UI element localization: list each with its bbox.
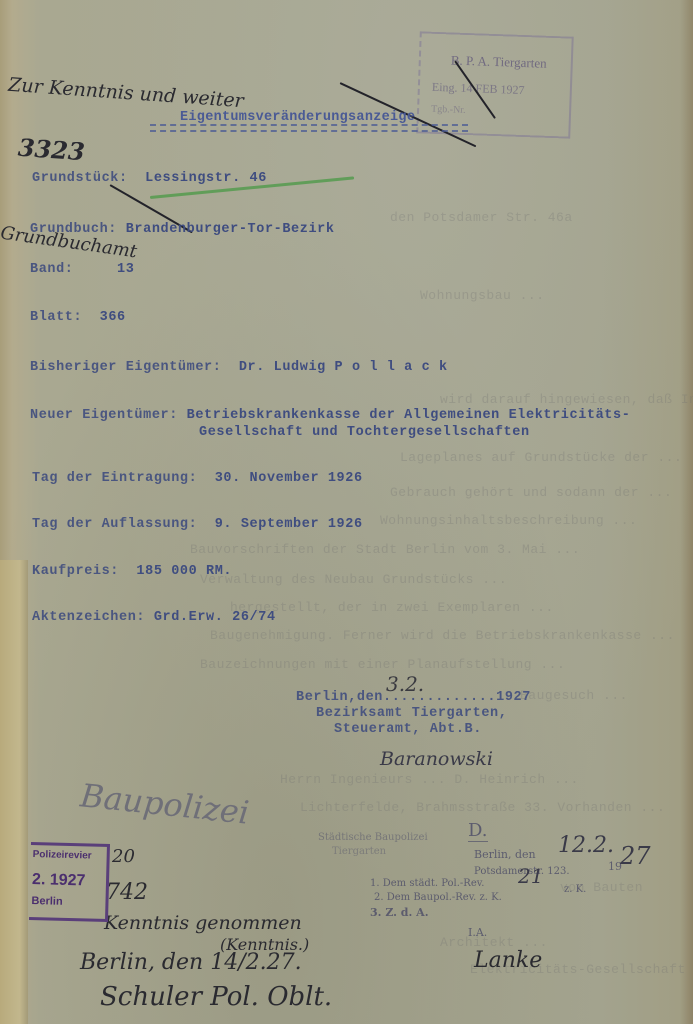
show-through-line: Verwaltung des Neubau Grundstücks ...	[200, 572, 507, 587]
stamp-date-hand: 12.2.	[558, 833, 614, 858]
field-value: Grd.Erw. 26/74	[154, 610, 276, 625]
field-label: Aktenzeichen:	[32, 610, 145, 625]
field-label: Blatt:	[30, 310, 82, 325]
stamp-letter: D.	[468, 820, 488, 842]
field-label: Tag der Auflassung:	[32, 517, 197, 532]
bpa-receipt-stamp: B. P. A. Tiergarten Eing. 14 FEB 1927 Tg…	[416, 31, 573, 138]
title-underline	[150, 124, 468, 132]
field-grundstueck: Grundstück: Lessingstr. 46	[32, 171, 267, 186]
field-value: 30. November 1926	[215, 471, 363, 486]
field-value: Betriebskrankenkasse der Allgemeinen Ele…	[187, 408, 631, 423]
show-through-line: Herrn Ingenieurs ... D. Heinrich ...	[280, 772, 579, 787]
show-through-line: Baugenehmigung. Ferner wird die Betriebs…	[210, 628, 675, 643]
stamp-item-2: 2. Dem Baupol.-Rev. z. K.	[374, 892, 502, 903]
police-district-stamp: Polizeirevier 2. 1927 Berlin	[29, 842, 110, 922]
police-officer-signature: Schuler Pol. Oblt.	[100, 982, 332, 1012]
field-aktenzeichen: Aktenzeichen: Grd.Erw. 26/74	[32, 610, 276, 625]
field-value: 9. September 1926	[215, 517, 363, 532]
field-neuer-eigentuemer-line2: Gesellschaft und Tochtergesellschaften	[199, 425, 530, 440]
stamp-issuer-line2: Tiergarten	[332, 846, 386, 857]
field-label: Grundstück:	[32, 171, 128, 186]
handwritten-20: 20	[112, 846, 135, 867]
field-label: Tag der Eintragung:	[32, 471, 197, 486]
show-through-line: Bauzeichnungen mit einer Planaufstellung…	[200, 657, 565, 672]
document-title: Eigentumsveränderungsanzeige	[180, 110, 415, 125]
stamp-place: Berlin, den	[474, 848, 536, 861]
field-label: Kaufpreis:	[32, 564, 119, 579]
closing-signature: Baranowski	[380, 748, 493, 770]
closing-department: Steueramt, Abt.B.	[334, 722, 482, 737]
field-neuer-eigentuemer: Neuer Eigentümer: Betriebskrankenkasse d…	[30, 408, 630, 423]
closing-office: Bezirksamt Tiergarten,	[316, 706, 507, 721]
handwritten-kenntnis: Kenntnis genommen	[104, 912, 302, 934]
handwritten-742: 742	[106, 880, 148, 905]
field-label: Band:	[30, 262, 74, 277]
field-band: Band: 13	[30, 262, 134, 277]
field-bisheriger-eigentuemer: Bisheriger Eigentümer: Dr. Ludwig P o l …	[30, 360, 448, 375]
field-value-line2: Gesellschaft und Tochtergesellschaften	[199, 425, 530, 440]
stamp-item-1-suffix: z. K.	[564, 884, 586, 895]
pencil-note-baupolizei: Baupolizei	[78, 776, 250, 832]
field-value: Lessingstr. 46	[145, 171, 267, 186]
stamp-item-1: 1. Dem städt. Pol.-Rev.	[370, 878, 484, 889]
police-stamp-city: Berlin	[31, 895, 62, 908]
stamp-item-1-hand: 21	[518, 864, 543, 888]
show-through-line: Bauvorschriften der Stadt Berlin vom 3. …	[190, 542, 580, 557]
handwritten-closing-date: 3.2.	[386, 672, 424, 696]
field-kaufpreis: Kaufpreis: 185 000 RM.	[32, 564, 232, 579]
document-page: den Potsdamer Str. 46a Wohnungsbau ... w…	[0, 0, 693, 1024]
handwritten-top-note: Zur Kenntnis und weiter	[8, 74, 245, 112]
stamp-year-hand: 27	[620, 842, 651, 870]
field-label: Grundbuch:	[30, 222, 117, 237]
show-through-line: den Potsdamer Str. 46a	[390, 210, 573, 225]
field-value: 366	[100, 310, 126, 325]
show-through-line: Wohnungsbau ...	[420, 288, 545, 303]
field-grundbuch: Grundbuch: Brandenburger-Tor-Bezirk	[30, 222, 335, 237]
handwritten-number: 3323	[17, 133, 86, 167]
place-date-label: Berlin,den..	[296, 690, 400, 705]
show-through-line: hergestellt, der in zwei Exemplaren ...	[230, 600, 554, 615]
bpa-stamp-office: B. P. A. Tiergarten	[451, 52, 547, 71]
field-value: Dr. Ludwig P o l l a c k	[239, 360, 448, 375]
field-value: 185 000 RM.	[136, 564, 232, 579]
show-through-line: Wohnungsinhaltsbeschreibung ...	[380, 513, 637, 528]
police-stamp-date: 2. 1927	[32, 871, 86, 890]
handwritten-berlin-date: Berlin, den 14/2.27.	[80, 950, 302, 975]
field-blatt: Blatt: 366	[30, 310, 126, 325]
stamp-ia: I.A.	[468, 926, 487, 939]
baupolizei-signature: Lanke	[474, 948, 542, 973]
field-value: Brandenburger-Tor-Bezirk	[126, 222, 335, 237]
show-through-line: Gebrauch gehört und sodann der ...	[390, 485, 672, 500]
stamp-issuer: Städtische Baupolizei	[318, 832, 428, 843]
bpa-stamp-tgb: Tgb.-Nr.	[431, 104, 466, 116]
show-through-line: wird darauf hingewiesen, daß Inhaber des…	[440, 392, 693, 407]
police-stamp-title: Polizeirevier	[33, 849, 92, 862]
show-through-line: Baugesuch ...	[520, 688, 628, 703]
show-through-line: Lageplanes auf Grundstücke der ...	[400, 450, 682, 465]
stamp-item-3: 3. Z. d. A.	[370, 906, 429, 919]
field-label: Neuer Eigentümer:	[30, 408, 178, 423]
field-tag-der-eintragung: Tag der Eintragung: 30. November 1926	[32, 471, 363, 486]
baupolizei-routing-stamp: D. Städtische Baupolizei Tiergarten Berl…	[318, 820, 618, 940]
field-tag-der-auflassung: Tag der Auflassung: 9. September 1926	[32, 517, 363, 532]
field-label: Bisheriger Eigentümer:	[30, 360, 221, 375]
show-through-line: Lichterfelde, Brahmsstraße 33. Vorhanden…	[300, 800, 665, 815]
page-edge-strip	[0, 560, 28, 1024]
field-value: 13	[117, 262, 134, 277]
